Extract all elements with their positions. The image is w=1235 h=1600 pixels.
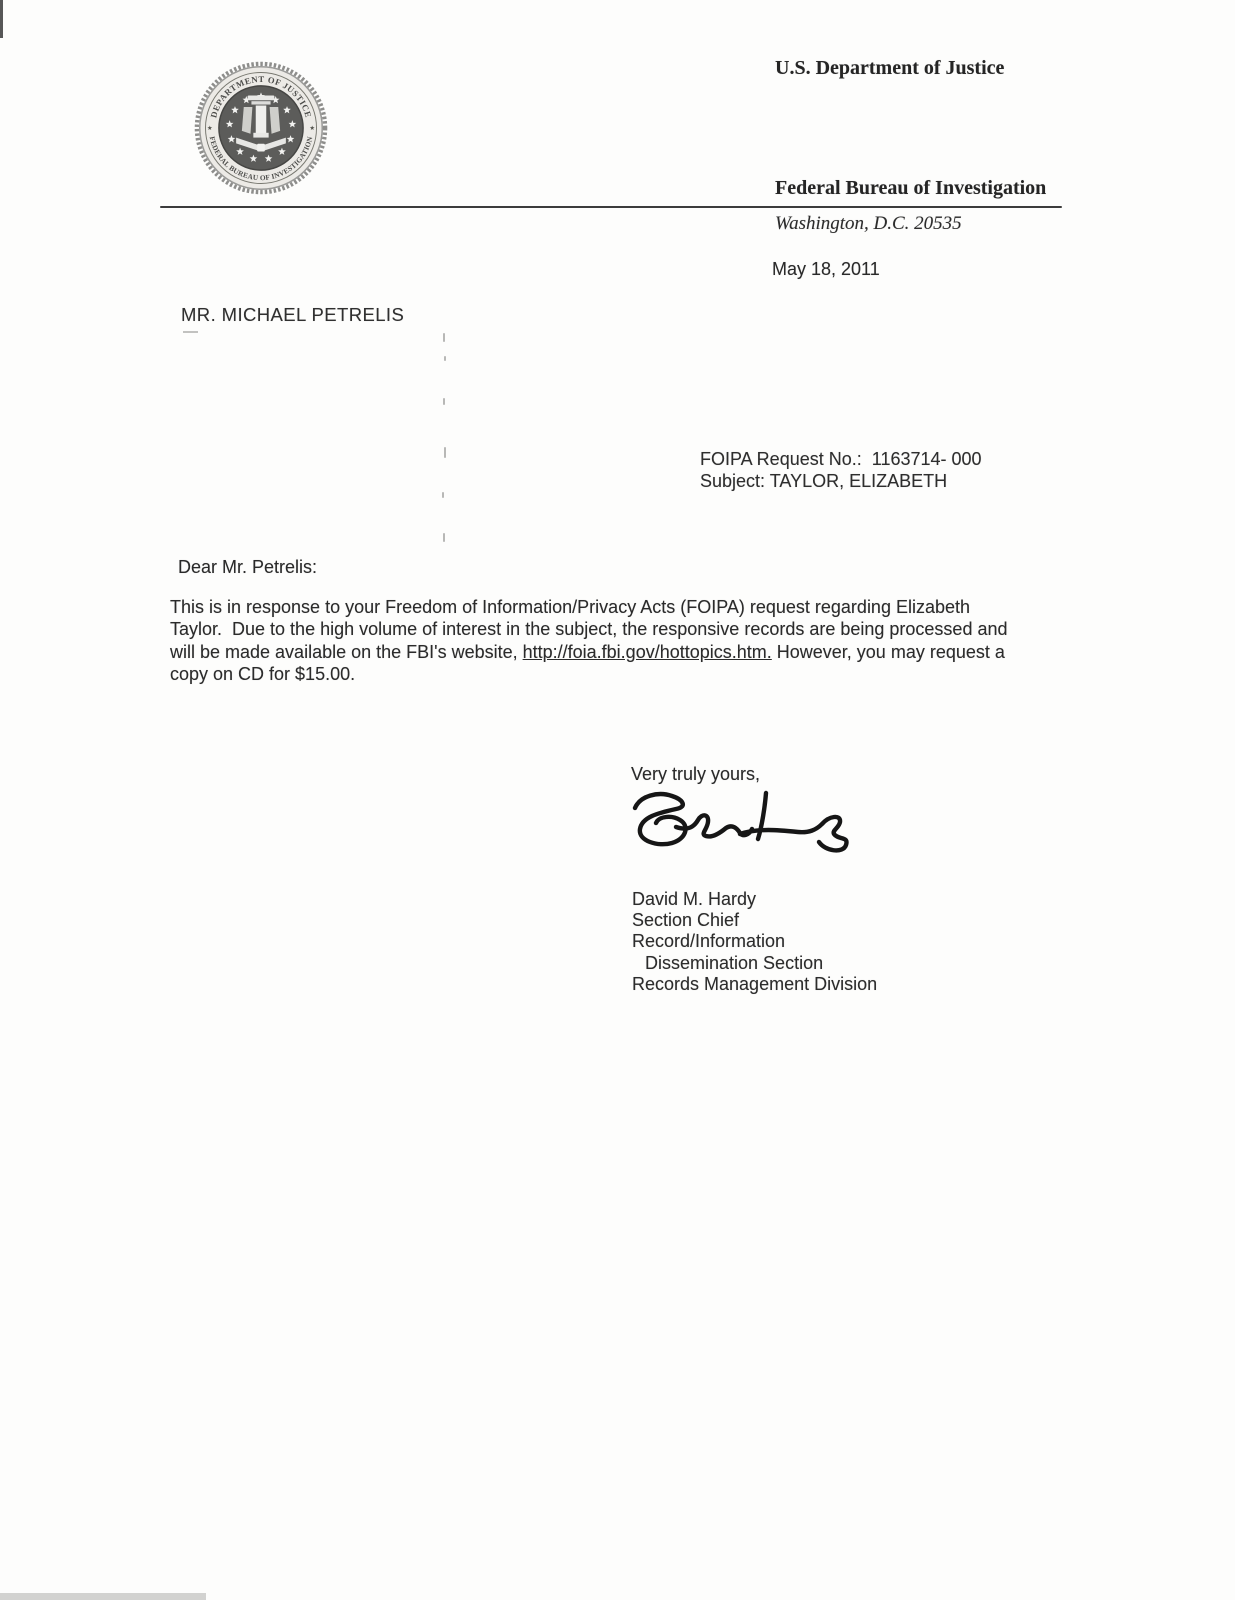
- body-line: will be made available on the FBI's webs…: [170, 641, 1007, 663]
- fbi-seal: DEPARTMENT OF JUSTICE FEDERAL BUREAU OF …: [194, 61, 328, 195]
- foipa-request-label: FOIPA Request No.:: [700, 449, 862, 469]
- scan-bottom-artifact: [0, 1593, 206, 1600]
- scan-edge-artifact: [0, 0, 3, 38]
- scan-dot-artifact: [444, 447, 446, 458]
- signature-block: David M. Hardy Section Chief Record/Info…: [632, 889, 877, 995]
- letter-date: May 18, 2011: [772, 259, 880, 280]
- scan-dot-artifact: [443, 398, 445, 405]
- fbi-seal-graphic: DEPARTMENT OF JUSTICE FEDERAL BUREAU OF …: [194, 61, 328, 195]
- foipa-request-number: 1163714- 000: [872, 449, 982, 469]
- signer-name: David M. Hardy: [632, 889, 877, 910]
- scan-dot-artifact: [443, 533, 445, 542]
- subject-line: Subject: TAYLOR, ELIZABETH: [700, 470, 982, 492]
- signer-unit-line1: Record/Information: [632, 931, 877, 952]
- bureau-name: Federal Bureau of Investigation: [775, 177, 1046, 200]
- body-paragraph: This is in response to your Freedom of I…: [170, 596, 1007, 685]
- scan-dot-artifact: [443, 333, 445, 342]
- agency-name: U.S. Department of Justice: [775, 57, 1004, 80]
- body-line: copy on CD for $15.00.: [170, 663, 1007, 685]
- scan-smudge-artifact: [183, 331, 198, 333]
- salutation: Dear Mr. Petrelis:: [178, 557, 317, 578]
- signature-handwriting: [628, 786, 866, 864]
- letterhead-address: Washington, D.C. 20535: [775, 213, 962, 235]
- signer-title: Section Chief: [632, 910, 877, 931]
- letterhead-divider: [160, 206, 1062, 208]
- reference-block: FOIPA Request No.: 1163714- 000 Subject:…: [700, 448, 982, 492]
- body-line-post: However, you may request a: [772, 642, 1005, 662]
- closing-phrase: Very truly yours,: [631, 764, 760, 785]
- body-line-pre: will be made available on the FBI's webs…: [170, 642, 523, 662]
- foia-url-text: http://foia.fbi.gov/hottopics.htm.: [523, 642, 772, 662]
- signature-ink: [628, 786, 866, 864]
- signer-division: Records Management Division: [632, 974, 877, 995]
- scanned-letter-page: DEPARTMENT OF JUSTICE FEDERAL BUREAU OF …: [0, 0, 1235, 1600]
- subject-value: TAYLOR, ELIZABETH: [770, 471, 947, 491]
- signer-unit-line2: Dissemination Section: [632, 953, 877, 974]
- scan-dot-artifact: [444, 356, 446, 361]
- foipa-request-line: FOIPA Request No.: 1163714- 000: [700, 448, 982, 470]
- body-line: Taylor. Due to the high volume of intere…: [170, 618, 1007, 640]
- scan-dot-artifact: [442, 492, 444, 498]
- subject-label: Subject:: [700, 471, 765, 491]
- recipient-name: MR. MICHAEL PETRELIS: [181, 304, 404, 326]
- body-line: This is in response to your Freedom of I…: [170, 596, 1007, 618]
